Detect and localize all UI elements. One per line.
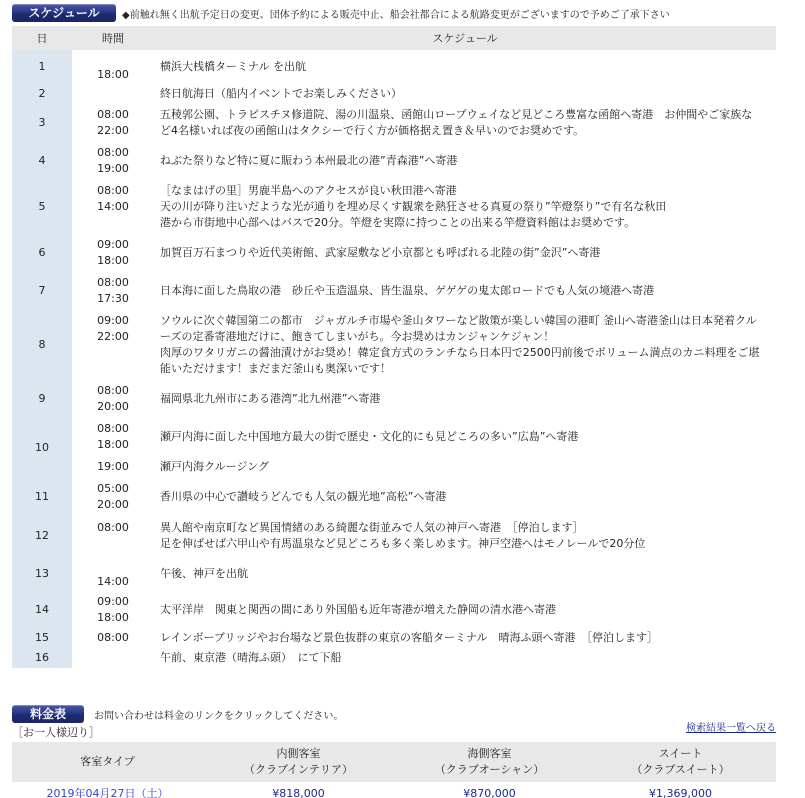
schedule-description: 異人館や南京町など異国情緒のある綺麗な街並みで人気の神戸へ寄港 ［停泊します］ … [160,520,776,552]
schedule-row: 1105:0020:00香川県の中心で讃岐うどんでも人気の観光地”高松”へ寄港 [12,478,776,516]
fee-header-row: 客室タイプ 内側客室（クラブインテリア） 海側客室（クラブオーシャン） スイート… [12,742,776,782]
schedule-cell: 瀬戸内海に面した中国地方最大の街で歴史・文化的にも見どころの多い”広島”へ寄港 [154,418,776,456]
time-value: 08:00 [72,183,154,199]
time-value: 22:00 [72,123,154,139]
time-value [72,558,154,574]
column-header-interior: 内側客室（クラブインテリア） [203,742,394,782]
time-cell: 08:00 [72,628,154,648]
schedule-row: 1208:00 異人館や南京町など異国情緒のある綺麗な街並みで人気の神戸へ寄港 … [12,516,776,556]
time-value: 14:00 [72,199,154,215]
time-value: 18:00 [72,437,154,453]
time-cell: 18:00 [72,50,154,84]
day-cell: 1 [12,50,72,84]
fee-section-header: 料金表 お問い合わせは料金のリンクをクリックしてください。 [12,705,343,723]
day-cell: 14 [12,592,72,628]
time-value: 08:00 [72,275,154,291]
schedule-row: 809:0022:00 ソウルに次ぐ韓国第二の都市 ジャガルチ市場や釜山タワーな… [12,310,776,380]
schedule-description: 日本海に面した鳥取の港 砂丘や玉造温泉、皆生温泉、ゲゲゲの鬼太郎ロードでも人気の… [160,283,776,299]
schedule-description: 太平洋岸 関東と関西の間にあり外国船も近年寄港が増えた静岡の清水港へ寄港 [160,602,776,618]
schedule-row: 13 14:00午後、神戸を出航 [12,556,776,592]
schedule-cell: 異人館や南京町など異国情緒のある綺麗な街並みで人気の神戸へ寄港 ［停泊します］ … [154,516,776,556]
time-value: 14:00 [72,574,154,590]
schedule-cell: 香川県の中心で讃岐うどんでも人気の観光地”高松”へ寄港 [154,478,776,516]
schedule-description: 横浜大桟橋ターミナル を出航 [160,59,776,75]
time-value: 19:00 [72,161,154,177]
schedule-row: 609:0018:00加賀百万石まつりや近代美術館、武家屋敷など小京都とも呼ばれ… [12,234,776,272]
time-cell: 09:0018:00 [72,234,154,272]
schedule-cell: 横浜大桟橋ターミナル を出航 [154,50,776,84]
time-cell: 08:0018:00 [72,418,154,456]
time-value: 09:00 [72,237,154,253]
time-value: 08:00 [72,630,154,646]
schedule-cell: 加賀百万石まつりや近代美術館、武家屋敷など小京都とも呼ばれる北陸の街”金沢”へ寄… [154,234,776,272]
price-suite-link[interactable]: ¥1,369,000 [649,787,712,798]
schedule-section-header: スケジュール ◆前触れ無く出航予定日の変更、団体予約による販売中止、船会社都合に… [12,4,670,22]
schedule-row: 408:0019:00ねぶた祭りなど特に夏に賑わう本州最北の港”青森港”へ寄港 [12,142,776,180]
time-value: 18:00 [72,67,154,83]
column-header-suite: スイート（クラブスイート） [585,742,776,782]
schedule-description: ソウルに次ぐ韓国第二の都市 ジャガルチ市場や釜山タワーなど散策が楽しい韓国の港町… [160,313,776,377]
fee-badge: 料金表 [12,705,84,723]
time-cell: 19:00 [72,456,154,478]
day-cell: 7 [12,272,72,310]
time-cell [72,84,154,104]
time-value [72,86,154,102]
day-cell: 12 [12,516,72,556]
schedule-cell: ソウルに次ぐ韓国第二の都市 ジャガルチ市場や釜山タワーなど散策が楽しい韓国の港町… [154,310,776,380]
schedule-description: レインボーブリッジやお台場など景色抜群の東京の客船ターミナル 晴海ふ頭へ寄港 ［… [160,630,776,646]
schedule-description: 香川県の中心で讃岐うどんでも人気の観光地”高松”へ寄港 [160,489,776,505]
time-value: 22:00 [72,329,154,345]
column-header-schedule: スケジュール [154,26,776,50]
day-cell: 15 [12,628,72,648]
day-cell: 4 [12,142,72,180]
schedule-description: 瀬戸内海に面した中国地方最大の街で歴史・文化的にも見どころの多い”広島”へ寄港 [160,429,776,445]
schedule-row: 1409:0018:00太平洋岸 関東と関西の間にあり外国船も近年寄港が増えた静… [12,592,776,628]
day-cell: 6 [12,234,72,272]
day-cell: 5 [12,180,72,234]
schedule-cell: 午前、東京港（晴海ふ頭） にて下船 [154,648,776,668]
schedule-badge: スケジュール [12,4,116,22]
time-cell: 14:00 [72,556,154,592]
schedule-cell: 五稜郭公園、トラピスチヌ修道院、湯の川温泉、函館山ロープウェイなど見どころ豊富な… [154,104,776,142]
time-value [72,215,154,231]
column-header-ocean: 海側客室（クラブオーシャン） [394,742,585,782]
time-value [72,361,154,377]
day-cell: 9 [12,380,72,418]
fee-row: 2019年04月27日（土） ¥818,000 ¥870,000 ¥1,369,… [12,782,776,798]
time-value [72,650,154,666]
schedule-cell: ［なまはげの里］男鹿半島へのアクセスが良い秋田港へ寄港 天の川が降り注いだような… [154,180,776,234]
time-value [72,536,154,552]
schedule-row: 19:00瀬戸内海クルージング [12,456,776,478]
time-value: 18:00 [72,253,154,269]
time-value: 09:00 [72,313,154,329]
column-header-day: 日 [12,26,72,50]
schedule-row: 908:0020:00福岡県北九州市にある港湾”北九州港”へ寄港 [12,380,776,418]
schedule-cell: 午後、神戸を出航 [154,556,776,592]
schedule-row: 708:0017:30日本海に面した鳥取の港 砂丘や玉造温泉、皆生温泉、ゲゲゲの… [12,272,776,310]
time-cell: 08:0017:30 [72,272,154,310]
time-value: 08:00 [72,145,154,161]
schedule-row: 16 午前、東京港（晴海ふ頭） にて下船 [12,648,776,668]
schedule-description: 午後、神戸を出航 [160,566,776,582]
schedule-cell: 太平洋岸 関東と関西の間にあり外国船も近年寄港が増えた静岡の清水港へ寄港 [154,592,776,628]
schedule-row: 1508:00レインボーブリッジやお台場など景色抜群の東京の客船ターミナル 晴海… [12,628,776,648]
departure-date: 2019年04月27日（土） [12,782,203,798]
day-cell: 13 [12,556,72,592]
time-value: 17:30 [72,291,154,307]
time-cell: 08:00 [72,516,154,556]
day-cell: 11 [12,478,72,516]
schedule-body: 1 18:00横浜大桟橋ターミナル を出航2 終日航海日（船内イベントでお楽しみ… [12,50,776,668]
time-value: 20:00 [72,399,154,415]
schedule-cell: 福岡県北九州市にある港湾”北九州港”へ寄港 [154,380,776,418]
schedule-header-row: 日 時間 スケジュール [12,26,776,50]
schedule-description: 加賀百万石まつりや近代美術館、武家屋敷など小京都とも呼ばれる北陸の街”金沢”へ寄… [160,245,776,261]
back-to-results-link[interactable]: 検索結果一覧へ戻る [686,719,776,734]
time-value: 08:00 [72,520,154,536]
schedule-row: 308:0022:00五稜郭公園、トラピスチヌ修道院、湯の川温泉、函館山ロープウ… [12,104,776,142]
schedule-description: 福岡県北九州市にある港湾”北九州港”へ寄港 [160,391,776,407]
column-header-room-type: 客室タイプ [12,742,203,782]
fee-notice: お問い合わせは料金のリンクをクリックしてください。 [94,707,343,722]
time-cell: 08:0020:00 [72,380,154,418]
day-cell: 2 [12,84,72,104]
time-cell: 05:0020:00 [72,478,154,516]
schedule-cell: 瀬戸内海クルージング [154,456,776,478]
column-header-time: 時間 [72,26,154,50]
price-interior-link[interactable]: ¥818,000 [272,787,325,798]
time-value: 08:00 [72,421,154,437]
fee-table: 客室タイプ 内側客室（クラブインテリア） 海側客室（クラブオーシャン） スイート… [12,742,776,798]
schedule-row: 2 終日航海日（船内イベントでお楽しみください） [12,84,776,104]
schedule-description: ［なまはげの里］男鹿半島へのアクセスが良い秋田港へ寄港 天の川が降り注いだような… [160,183,776,231]
schedule-description: 午前、東京港（晴海ふ頭） にて下船 [160,650,776,666]
time-value: 18:00 [72,610,154,626]
time-value: 20:00 [72,497,154,513]
schedule-description: ねぶた祭りなど特に夏に賑わう本州最北の港”青森港”へ寄港 [160,153,776,169]
time-cell [72,648,154,668]
day-cell: 10 [12,418,72,478]
time-cell: 09:0022:00 [72,310,154,380]
time-cell: 08:0014:00 [72,180,154,234]
schedule-row: 1008:0018:00瀬戸内海に面した中国地方最大の街で歴史・文化的にも見どこ… [12,418,776,456]
time-cell: 08:0019:00 [72,142,154,180]
day-cell: 8 [12,310,72,380]
day-cell: 16 [12,648,72,668]
schedule-table: 日 時間 スケジュール 1 18:00横浜大桟橋ターミナル を出航2 終日航海日… [12,26,776,668]
schedule-row: 1 18:00横浜大桟橋ターミナル を出航 [12,50,776,84]
time-value: 05:00 [72,481,154,497]
time-cell: 08:0022:00 [72,104,154,142]
time-value: 19:00 [72,459,154,475]
price-ocean-link[interactable]: ¥870,000 [463,787,516,798]
schedule-cell: 終日航海日（船内イベントでお楽しみください） [154,84,776,104]
schedule-cell: 日本海に面した鳥取の港 砂丘や玉造温泉、皆生温泉、ゲゲゲの鬼太郎ロードでも人気の… [154,272,776,310]
per-person-label: ［お一人様辺り］ [12,724,100,740]
schedule-row: 508:0014:00 ［なまはげの里］男鹿半島へのアクセスが良い秋田港へ寄港 … [12,180,776,234]
day-cell: 3 [12,104,72,142]
time-value [72,51,154,67]
schedule-description: 終日航海日（船内イベントでお楽しみください） [160,86,776,102]
schedule-notice: ◆前触れ無く出航予定日の変更、団体予約による販売中止、船会社都合による航路変更が… [122,6,670,21]
schedule-description: 瀬戸内海クルージング [160,459,776,475]
schedule-cell: ねぶた祭りなど特に夏に賑わう本州最北の港”青森港”へ寄港 [154,142,776,180]
time-value: 08:00 [72,383,154,399]
schedule-description: 五稜郭公園、トラピスチヌ修道院、湯の川温泉、函館山ロープウェイなど見どころ豊富な… [160,107,776,139]
time-value [72,345,154,361]
time-cell: 09:0018:00 [72,592,154,628]
schedule-cell: レインボーブリッジやお台場など景色抜群の東京の客船ターミナル 晴海ふ頭へ寄港 ［… [154,628,776,648]
time-value: 09:00 [72,594,154,610]
time-value: 08:00 [72,107,154,123]
